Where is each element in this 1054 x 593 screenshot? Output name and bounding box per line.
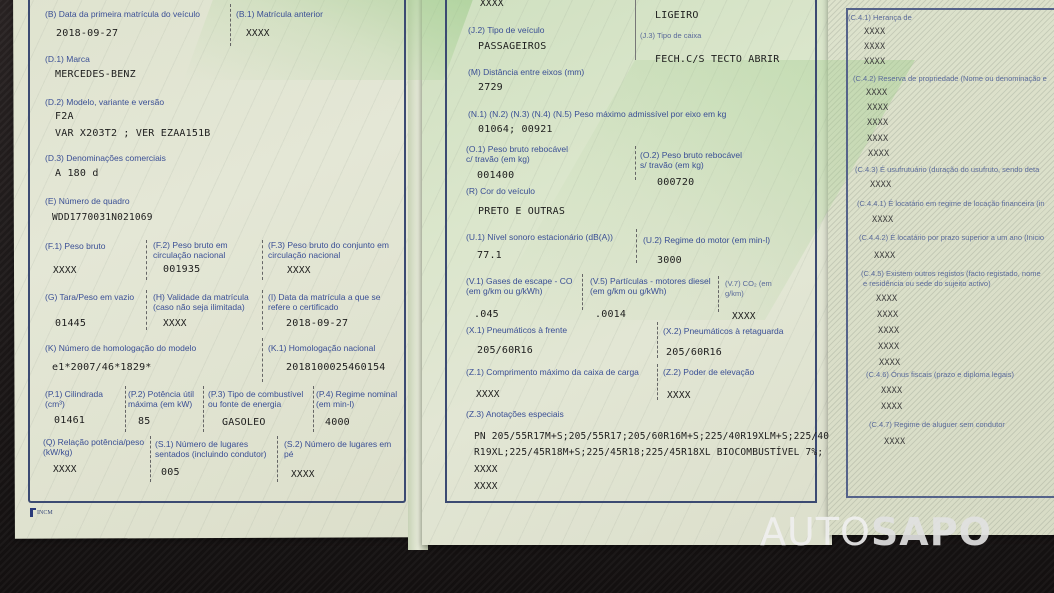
field-value-c45: XXXX (878, 342, 899, 352)
field-value-r: PRETO E OUTRAS (478, 206, 565, 217)
separator (146, 290, 147, 330)
field-label-h: (H) Validade da matrícula (caso não seja… (153, 292, 263, 312)
field-value-c42: XXXX (867, 103, 888, 113)
separator (262, 240, 263, 280)
field-label-g: (G) Tara/Peso em vazio (45, 292, 134, 302)
field-value-c41: XXXX (864, 27, 885, 37)
field-value-k: e1*2007/46*1829* (52, 362, 152, 373)
field-label-s1: (S.1) Número de lugares sentados (inclui… (155, 439, 279, 459)
field-label-j3: (J.3) Tipo de caixa (640, 31, 701, 41)
field-label-p4: (P.4) Regime nominal (em min-l) (316, 389, 402, 409)
separator (635, 0, 636, 60)
field-value-e: WDD1770031N021069 (52, 212, 153, 223)
separator (582, 274, 583, 310)
field-value-c45: XXXX (877, 310, 898, 320)
field-label-o2: (O.2) Peso bruto rebocável s/ travão (em… (640, 150, 750, 170)
field-value-j3: FECH.C/S TECTO ABRIR (655, 54, 779, 65)
field-label-f3: (F.3) Peso bruto do conjunto em circulaç… (268, 240, 396, 260)
field-value-q: XXXX (53, 464, 77, 475)
field-value-z2: XXXX (667, 390, 691, 401)
field-value-c442: XXXX (874, 251, 895, 261)
field-value-c46: XXXX (881, 402, 902, 412)
separator (657, 364, 658, 400)
field-value-s2: XXXX (291, 469, 315, 480)
separator (635, 146, 636, 180)
field-value-x1: 205/60R16 (477, 345, 533, 356)
field-value-v5: .0014 (595, 309, 626, 320)
field-value-c45: XXXX (876, 294, 897, 304)
separator (262, 338, 263, 382)
autosapo-watermark: AUTOSAPO (760, 510, 992, 554)
field-value-d2-line2: VAR X203T2 ; VER EZAA151B (55, 128, 211, 139)
field-value-z1: XXXX (476, 389, 500, 400)
field-label-z2: (Z.2) Poder de elevação (663, 367, 754, 377)
field-value-u1: 77.1 (477, 250, 502, 261)
field-value-c46: XXXX (881, 386, 902, 396)
field-value-v7: XXXX (732, 311, 756, 322)
field-label-c45: (C.4.5) Existem outros registos (facto r… (861, 269, 1041, 279)
separator (657, 322, 658, 358)
field-label-c45-line2: e residência ou sede do sujeito activo) (863, 279, 991, 289)
field-label-x1: (X.1) Pneumáticos à frente (466, 325, 567, 335)
field-value-c441: XXXX (872, 215, 893, 225)
field-value-b1: XXXX (246, 28, 270, 39)
annotation-line-3: XXXX (474, 464, 498, 475)
annotation-line-4: XXXX (474, 481, 498, 492)
separator (230, 4, 231, 46)
field-value-s1: 005 (161, 467, 180, 478)
field-value-o1: 001400 (477, 170, 514, 181)
field-value-c42: XXXX (867, 118, 888, 128)
incm-logo: INCM (30, 508, 53, 517)
field-value-c41: XXXX (864, 57, 885, 67)
field-label-c43: (C.4.3) É usufrutuário (duração do usufr… (855, 165, 1039, 175)
separator (146, 240, 147, 280)
field-value-i: 2018-09-27 (286, 318, 348, 329)
field-label-o1: (O.1) Peso bruto rebocável c/ travão (em… (466, 144, 576, 164)
field-value-c42: XXXX (866, 88, 887, 98)
field-label-f1: (F.1) Peso bruto (45, 241, 105, 251)
field-label-z3: (Z.3) Anotações especiais (466, 409, 564, 419)
field-label-q: (Q) Relação potência/peso (kW/kg) (43, 437, 153, 457)
field-value-k1: 2018100025460154 (286, 362, 386, 373)
field-label-n: (N.1) (N.2) (N.3) (N.4) (N.5) Peso máxim… (468, 109, 726, 119)
field-label-j2: (J.2) Tipo de veículo (468, 25, 545, 35)
field-label-u1: (U.1) Nível sonoro estacionário (dB(A)) (466, 232, 613, 242)
field-label-f2: (F.2) Peso bruto em circulação nacional (153, 240, 258, 260)
annotation-line-2: R19XL;225/45R18M+S;225/45R18;225/45R18XL… (474, 447, 823, 458)
field-label-c442: (C.4.4.2) É locatário por prazo superior… (859, 233, 1044, 243)
field-value-f3: XXXX (287, 265, 311, 276)
field-value-c41: XXXX (864, 42, 885, 52)
field-value-b: 2018-09-27 (56, 28, 118, 39)
field-label-c42: (C.4.2) Reserva de propriedade (Nome ou … (853, 74, 1047, 84)
field-label-d3: (D.3) Denominações comerciais (45, 153, 166, 163)
field-value-j2: PASSAGEIROS (478, 41, 546, 52)
field-label-b: (B) Data da primeira matrícula do veícul… (45, 9, 200, 19)
field-label-d1: (D.1) Marca (45, 54, 90, 64)
field-value-u2: 3000 (657, 255, 682, 266)
field-label-z1: (Z.1) Comprimento máximo da caixa de car… (466, 367, 639, 377)
field-label-p3: (P.3) Tipo de combustível ou fonte de en… (208, 389, 314, 409)
field-value-c43: XXXX (870, 180, 891, 190)
field-label-c46: (C.4.6) Ónus fiscais (prazo e diploma le… (866, 370, 1014, 380)
field-value-c45: XXXX (879, 358, 900, 368)
separator (203, 386, 204, 432)
field-label-v7: (V.7) CO₂ (em g/km) (725, 279, 773, 299)
field-value-m: 2729 (478, 82, 503, 93)
separator (125, 386, 126, 432)
field-value-o2: 000720 (657, 177, 694, 188)
field-value-p1: 01461 (54, 415, 85, 426)
field-label-e: (E) Número de quadro (45, 196, 130, 206)
field-value-c45: XXXX (878, 326, 899, 336)
separator (718, 276, 719, 312)
field-label-k: (K) Número de homologação do modelo (45, 343, 196, 353)
field-value-p2: 85 (138, 416, 150, 427)
field-value-c47: XXXX (884, 437, 905, 447)
field-value-h: XXXX (163, 318, 187, 329)
field-label-v5: (V.5) Partículas - motores diesel (em g/… (590, 276, 718, 296)
field-value-j-top: XXXX (480, 0, 504, 9)
field-label-i: (I) Data da matrícula a que se refere o … (268, 292, 396, 312)
field-label-k1: (K.1) Homologação nacional (268, 343, 375, 353)
document-photo: (B) Data da primeira matrícula do veícul… (0, 0, 1054, 593)
separator (636, 229, 637, 263)
field-value-d1: MERCEDES-BENZ (55, 69, 136, 80)
field-value-c42: XXXX (868, 149, 889, 159)
field-label-d2: (D.2) Modelo, variante e versão (45, 97, 164, 107)
field-label-u2: (U.2) Regime do motor (em min-l) (643, 235, 770, 245)
incm-logo-mark-icon (30, 508, 36, 517)
field-label-c441: (C.4.4.1) É locatário em regime de locaç… (857, 199, 1045, 209)
annotation-line-1: PN 205/55R17M+S;205/55R17;205/60R16M+S;2… (474, 431, 829, 442)
field-label-x2: (X.2) Pneumáticos à retaguarda (663, 326, 783, 336)
field-label-v1: (V.1) Gases de escape - CO (em g/km ou g… (466, 276, 581, 296)
field-value-j1: LIGEIRO (655, 10, 699, 21)
field-value-g: 01445 (55, 318, 86, 329)
field-label-c47: (C.4.7) Regime de aluguer sem condutor (869, 420, 1005, 430)
field-value-d3: A 180 d (55, 168, 99, 179)
field-label-m: (M) Distância entre eixos (mm) (468, 67, 584, 77)
field-value-p4: 4000 (325, 417, 350, 428)
field-value-f2: 001935 (163, 264, 200, 275)
field-value-x2: 205/60R16 (666, 347, 722, 358)
field-value-n: 01064; 00921 (478, 124, 553, 135)
field-label-r: (R) Cor do veículo (466, 186, 535, 196)
field-label-c41: (C.4.1) Herança de (848, 13, 912, 23)
field-label-p1: (P.1) Cilindrada (cm³) (45, 389, 125, 409)
field-value-v1: .045 (474, 309, 499, 320)
field-value-d2: F2A (55, 111, 74, 122)
field-value-f1: XXXX (53, 265, 77, 276)
field-value-p3: GASOLEO (222, 417, 266, 428)
field-label-s2: (S.2) Número de lugares em pé (284, 439, 399, 459)
field-label-p2: (P.2) Potência útil máxima (em kW) (128, 389, 203, 409)
field-label-b1: (B.1) Matrícula anterior (236, 9, 323, 19)
field-value-c42: XXXX (867, 134, 888, 144)
